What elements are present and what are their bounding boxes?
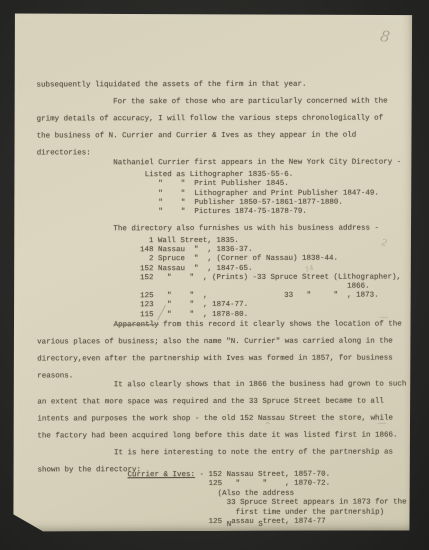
typed-line: first time under the partnership) (128, 508, 407, 518)
typed-line: an extent that more space was required a… (37, 393, 406, 411)
typed-line: the business of N. Currier and Currier &… (37, 128, 388, 146)
typed-line: It also clearly shows that in 1866 the b… (37, 376, 406, 394)
pencil-insert-caret: ^ (264, 421, 271, 430)
typed-content: subsequently liquidated the assets of th… (11, 12, 414, 531)
dropped-letter-n: N (227, 521, 232, 529)
typed-line: " " Pictures 1874-75-1878-79. (145, 208, 379, 218)
typed-line: intents and purposes the work shop - the… (37, 410, 406, 428)
typed-line: It is here interesting to note the entry… (37, 445, 393, 463)
line-part: 125 (209, 518, 227, 526)
dropped-letters-line: 125 Nassau Street, 1874-77 (128, 518, 407, 528)
typed-line: The directory also furnishes us with his… (37, 225, 379, 234)
typed-line: subsequently liquidated the assets of th… (36, 77, 387, 95)
business-address-table: 1 Wall Street, 1835.148 Nassau " , 1836-… (140, 237, 401, 321)
line-part: assau (231, 518, 258, 526)
typed-line: 33 Spruce Street appears in 1873 for the (128, 499, 407, 509)
scan-background: subsequently liquidated the assets of th… (0, 0, 429, 550)
typed-line: grimy details of accuracy, I will follow… (37, 111, 388, 129)
pencil-caret-note: me (259, 413, 269, 421)
typed-line: directory,even after the partnership wit… (37, 351, 402, 369)
typed-line: " " Lithographer and Print Publisher 184… (145, 189, 379, 199)
line-rest: from this record it clearly shows the lo… (159, 321, 402, 330)
typed-line: For the sake of those who are particular… (37, 94, 388, 112)
typed-line: the factory had been acquired long befor… (37, 427, 406, 445)
listed-as-table: Listed as Lithographer 1835-55-6. " " Pr… (145, 171, 379, 218)
nathaniel-intro-line: Nathaniel Currier first appears in the N… (37, 159, 402, 168)
typed-line: Nathaniel Currier first appears in the N… (37, 159, 402, 168)
apparently-line: Apparently from this record it clearly s… (37, 317, 402, 335)
record-paragraph: Apparently from this record it clearly s… (37, 317, 402, 386)
currier-ives-table: Currier & Ives: - 152 Nassau Street, 185… (128, 470, 407, 527)
growth-paragraph: It also clearly shows that in 1866 the b… (37, 376, 406, 445)
indent (128, 518, 209, 526)
pencil-margin-dash: — (379, 313, 388, 323)
pencil-margin-dash: — (377, 419, 386, 429)
typed-page: subsequently liquidated the assets of th… (11, 12, 414, 531)
heading-rest: - 152 Nassau Street, 1857-70. (195, 471, 330, 479)
line-part: treet, 1874-77 (263, 518, 326, 526)
directory-intro-line: The directory also furnishes us with his… (37, 225, 379, 234)
typed-line: various places of business; also the nam… (37, 334, 402, 352)
underlined-heading: Currier & Ives: (128, 471, 196, 479)
indent (37, 321, 114, 329)
dropped-letter-s: S (258, 521, 263, 529)
opening-paragraphs: subsequently liquidated the assets of th… (36, 77, 387, 163)
struck-word: Apparently (114, 321, 159, 329)
